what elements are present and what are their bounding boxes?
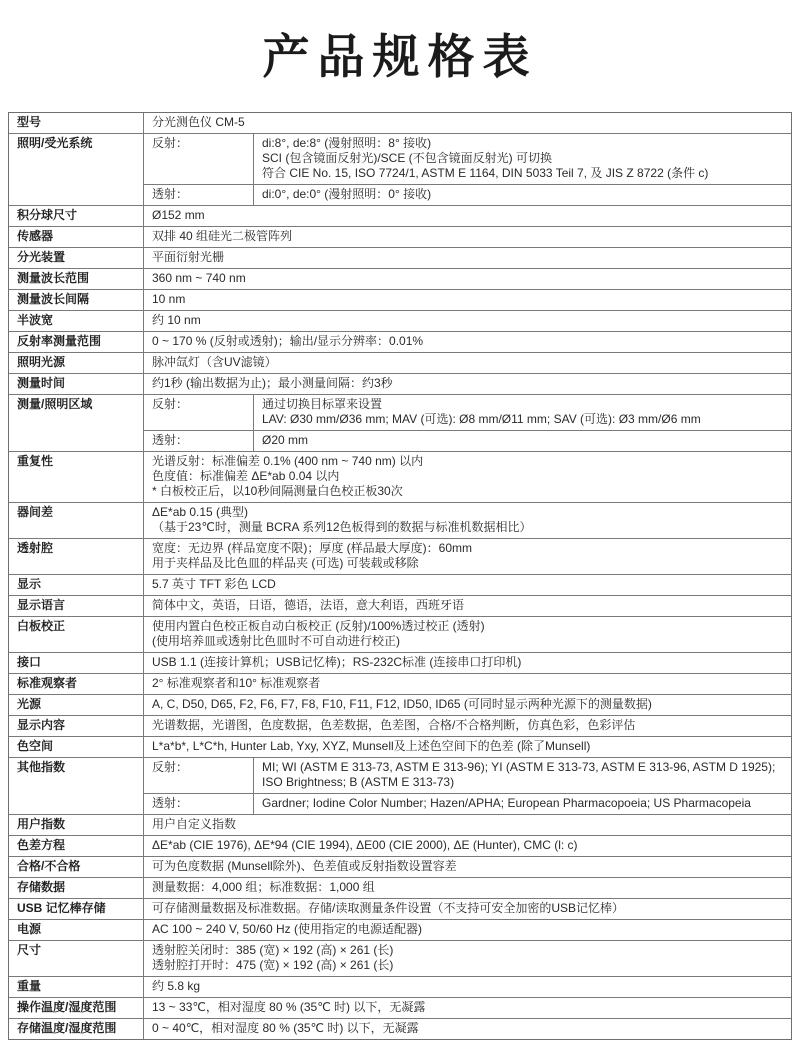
subrow-value: 通过切换目标罩来设置LAV: Ø30 mm/Ø36 mm; MAV (可选): …	[254, 395, 791, 430]
subrow-value: di:0°, de:0° (漫射照明：0° 接收)	[254, 185, 791, 205]
row-value: 2° 标准观察者和10° 标准观察者	[144, 674, 791, 694]
row-label: 测量/照明区域	[9, 395, 144, 451]
value-line: （基于23℃时，测量 BCRA 系列12色板得到的数据与标准机数据相比）	[152, 520, 783, 535]
subrow-group: 反射： di:8°, de:8° (漫射照明：8° 接收)SCI (包含镜面反射…	[144, 134, 791, 205]
table-subrow: 透射： di:0°, de:0° (漫射照明：0° 接收)	[144, 184, 791, 205]
table-subrow: 反射： MI; WI (ASTM E 313-73, ASTM E 313-96…	[144, 758, 791, 793]
value-line: 光谱反射：标准偏差 0.1% (400 nm ~ 740 nm) 以内	[152, 454, 783, 469]
value-line: MI; WI (ASTM E 313-73, ASTM E 313-96); Y…	[262, 760, 783, 775]
table-row: 积分球尺寸 Ø152 mm	[9, 205, 791, 226]
row-value: AC 100 ~ 240 V, 50/60 Hz (使用指定的电源适配器)	[144, 920, 791, 940]
row-value: 脉冲氙灯（含UV滤镜）	[144, 353, 791, 373]
value-line: ISO Brightness; B (ASTM E 313-73)	[262, 775, 783, 790]
row-label: 显示语言	[9, 596, 144, 616]
table-row: 型号 分光测色仪 CM-5	[9, 113, 791, 133]
value-line: * 白板校正后，以10秒间隔测量白色校正板30次	[152, 484, 783, 499]
subrow-label: 透射：	[144, 794, 254, 814]
row-label: USB 记忆棒存储	[9, 899, 144, 919]
row-value: 分光测色仪 CM-5	[144, 113, 791, 133]
row-label: 显示	[9, 575, 144, 595]
row-value: 使用内置白色校正板自动白板校正 (反射)/100%透过校正 (透射)(使用培养皿…	[144, 617, 791, 652]
value-line: Gardner; Iodine Color Number; Hazen/APHA…	[262, 796, 783, 811]
table-row: 传感器 双排 40 组硅光二极管阵列	[9, 226, 791, 247]
subrow-value: Ø20 mm	[254, 431, 791, 451]
table-row: 存储数据 测量数据：4,000 组；标准数据：1,000 组	[9, 877, 791, 898]
row-value: 简体中文，英语，日语，德语，法语，意大利语，西班牙语	[144, 596, 791, 616]
row-label: 存储温度/湿度范围	[9, 1019, 144, 1039]
row-value: 13 ~ 33℃，相对湿度 80 % (35℃ 时) 以下，无凝露	[144, 998, 791, 1018]
subrow-group: 反射： 通过切换目标罩来设置LAV: Ø30 mm/Ø36 mm; MAV (可…	[144, 395, 791, 451]
table-row: 色空间 L*a*b*, L*C*h, Hunter Lab, Yxy, XYZ,…	[9, 736, 791, 757]
row-value: 光谱反射：标准偏差 0.1% (400 nm ~ 740 nm) 以内色度值：标…	[144, 452, 791, 502]
row-label: 合格/不合格	[9, 857, 144, 877]
subrow-value: Gardner; Iodine Color Number; Hazen/APHA…	[254, 794, 791, 814]
value-line: 通过切换目标罩来设置	[262, 397, 783, 412]
row-label: 重复性	[9, 452, 144, 502]
row-value: 约 10 nm	[144, 311, 791, 331]
row-value: 用户自定义指数	[144, 815, 791, 835]
table-row: 半波宽 约 10 nm	[9, 310, 791, 331]
table-row: 其他指数 反射： MI; WI (ASTM E 313-73, ASTM E 3…	[9, 757, 791, 814]
row-label: 其他指数	[9, 758, 144, 814]
row-label: 照明光源	[9, 353, 144, 373]
value-line: ΔE*ab 0.15 (典型)	[152, 505, 783, 520]
row-label: 尺寸	[9, 941, 144, 976]
page-title: 产品规格表	[0, 0, 800, 86]
table-row: 接口 USB 1.1 (连接计算机；USB记忆棒)；RS-232C标准 (连接串…	[9, 652, 791, 673]
table-row: 测量/照明区域 反射： 通过切换目标罩来设置LAV: Ø30 mm/Ø36 mm…	[9, 394, 791, 451]
table-row: 重复性 光谱反射：标准偏差 0.1% (400 nm ~ 740 nm) 以内色…	[9, 451, 791, 502]
subrow-label: 反射：	[144, 134, 254, 184]
row-value: 360 nm ~ 740 nm	[144, 269, 791, 289]
row-value: 透射腔关闭时：385 (宽) × 192 (高) × 261 (长)透射腔打开时…	[144, 941, 791, 976]
row-label: 重量	[9, 977, 144, 997]
row-label: 测量波长范围	[9, 269, 144, 289]
subrow-group: 反射： MI; WI (ASTM E 313-73, ASTM E 313-96…	[144, 758, 791, 814]
row-value: 5.7 英寸 TFT 彩色 LCD	[144, 575, 791, 595]
row-label: 器间差	[9, 503, 144, 538]
value-line: 用于夹样品及比色皿的样品夹 (可选) 可装载或移除	[152, 556, 783, 571]
table-row: 白板校正 使用内置白色校正板自动白板校正 (反射)/100%透过校正 (透射)(…	[9, 616, 791, 652]
row-value: 0 ~ 170 % (反射或透射)；输出/显示分辨率：0.01%	[144, 332, 791, 352]
row-label: 操作温度/湿度范围	[9, 998, 144, 1018]
table-row: 尺寸 透射腔关闭时：385 (宽) × 192 (高) × 261 (长)透射腔…	[9, 940, 791, 976]
table-row: 操作温度/湿度范围 13 ~ 33℃，相对湿度 80 % (35℃ 时) 以下，…	[9, 997, 791, 1018]
table-subrow: 反射： 通过切换目标罩来设置LAV: Ø30 mm/Ø36 mm; MAV (可…	[144, 395, 791, 430]
row-value: ΔE*ab (CIE 1976), ΔE*94 (CIE 1994), ΔE00…	[144, 836, 791, 856]
value-line: 符合 CIE No. 15, ISO 7724/1, ASTM E 1164, …	[262, 166, 783, 181]
table-row: 显示内容 光谱数据，光谱图，色度数据，色差数据，色差图，合格/不合格判断，仿真色…	[9, 715, 791, 736]
row-label: 光源	[9, 695, 144, 715]
value-line: 透射腔打开时：475 (宽) × 192 (高) × 261 (长)	[152, 958, 783, 973]
value-line: LAV: Ø30 mm/Ø36 mm; MAV (可选): Ø8 mm/Ø11 …	[262, 412, 783, 427]
table-row: 存储温度/湿度范围 0 ~ 40℃，相对湿度 80 % (35℃ 时) 以下，无…	[9, 1018, 791, 1039]
spec-sheet-page: 产品规格表 型号 分光测色仪 CM-5 照明/受光系统 反射： di:8°, d…	[0, 0, 800, 1040]
table-row: 色差方程 ΔE*ab (CIE 1976), ΔE*94 (CIE 1994),…	[9, 835, 791, 856]
row-value: 0 ~ 40℃，相对湿度 80 % (35℃ 时) 以下，无凝露	[144, 1019, 791, 1039]
table-row: 照明/受光系统 反射： di:8°, de:8° (漫射照明：8° 接收)SCI…	[9, 133, 791, 205]
row-label: 积分球尺寸	[9, 206, 144, 226]
row-value: ΔE*ab 0.15 (典型)（基于23℃时，测量 BCRA 系列12色板得到的…	[144, 503, 791, 538]
table-row: 测量波长间隔 10 nm	[9, 289, 791, 310]
table-row: 照明光源 脉冲氙灯（含UV滤镜）	[9, 352, 791, 373]
table-row: 用户指数 用户自定义指数	[9, 814, 791, 835]
row-value: USB 1.1 (连接计算机；USB记忆棒)；RS-232C标准 (连接串口打印…	[144, 653, 791, 673]
table-subrow: 反射： di:8°, de:8° (漫射照明：8° 接收)SCI (包含镜面反射…	[144, 134, 791, 184]
row-label: 标准观察者	[9, 674, 144, 694]
table-row: 电源 AC 100 ~ 240 V, 50/60 Hz (使用指定的电源适配器)	[9, 919, 791, 940]
row-label: 色空间	[9, 737, 144, 757]
row-value: 平面衍射光栅	[144, 248, 791, 268]
value-line: 色度值：标准偏差 ΔE*ab 0.04 以内	[152, 469, 783, 484]
table-row: 测量波长范围 360 nm ~ 740 nm	[9, 268, 791, 289]
row-label: 测量波长间隔	[9, 290, 144, 310]
table-row: 标准观察者 2° 标准观察者和10° 标准观察者	[9, 673, 791, 694]
value-line: 使用内置白色校正板自动白板校正 (反射)/100%透过校正 (透射)	[152, 619, 783, 634]
row-value: 双排 40 组硅光二极管阵列	[144, 227, 791, 247]
value-line: SCI (包含镜面反射光)/SCE (不包含镜面反射光) 可切换	[262, 151, 783, 166]
row-label: 分光装置	[9, 248, 144, 268]
row-label: 型号	[9, 113, 144, 133]
row-label: 测量时间	[9, 374, 144, 394]
row-label: 电源	[9, 920, 144, 940]
row-label: 用户指数	[9, 815, 144, 835]
row-label: 接口	[9, 653, 144, 673]
row-label: 白板校正	[9, 617, 144, 652]
row-value: 可为色度数据 (Munsell除外)、色差值或反射指数设置容差	[144, 857, 791, 877]
row-value: 约 5.8 kg	[144, 977, 791, 997]
table-row: 光源 A, C, D50, D65, F2, F6, F7, F8, F10, …	[9, 694, 791, 715]
table-subrow: 透射： Ø20 mm	[144, 430, 791, 451]
table-row: 显示 5.7 英寸 TFT 彩色 LCD	[9, 574, 791, 595]
value-line: 宽度：无边界 (样品宽度不限)；厚度 (样品最大厚度)：60mm	[152, 541, 783, 556]
table-row: 分光装置 平面衍射光栅	[9, 247, 791, 268]
row-value: 测量数据：4,000 组；标准数据：1,000 组	[144, 878, 791, 898]
row-label: 反射率测量范围	[9, 332, 144, 352]
table-row: 器间差 ΔE*ab 0.15 (典型)（基于23℃时，测量 BCRA 系列12色…	[9, 502, 791, 538]
row-label: 透射腔	[9, 539, 144, 574]
subrow-label: 透射：	[144, 185, 254, 205]
subrow-value: MI; WI (ASTM E 313-73, ASTM E 313-96); Y…	[254, 758, 791, 793]
row-label: 传感器	[9, 227, 144, 247]
row-label: 存储数据	[9, 878, 144, 898]
table-row: USB 记忆棒存储 可存储测量数据及标准数据。存储/读取测量条件设置（不支持可安…	[9, 898, 791, 919]
row-value: A, C, D50, D65, F2, F6, F7, F8, F10, F11…	[144, 695, 791, 715]
table-row: 显示语言 简体中文，英语，日语，德语，法语，意大利语，西班牙语	[9, 595, 791, 616]
row-label: 显示内容	[9, 716, 144, 736]
value-line: 透射腔关闭时：385 (宽) × 192 (高) × 261 (长)	[152, 943, 783, 958]
row-value: Ø152 mm	[144, 206, 791, 226]
row-label: 半波宽	[9, 311, 144, 331]
table-row: 透射腔 宽度：无边界 (样品宽度不限)；厚度 (样品最大厚度)：60mm用于夹样…	[9, 538, 791, 574]
row-value: 可存储测量数据及标准数据。存储/读取测量条件设置（不支持可安全加密的USB记忆棒…	[144, 899, 791, 919]
row-label: 色差方程	[9, 836, 144, 856]
table-row: 重量 约 5.8 kg	[9, 976, 791, 997]
subrow-value: di:8°, de:8° (漫射照明：8° 接收)SCI (包含镜面反射光)/S…	[254, 134, 791, 184]
row-value: 宽度：无边界 (样品宽度不限)；厚度 (样品最大厚度)：60mm用于夹样品及比色…	[144, 539, 791, 574]
row-value: L*a*b*, L*C*h, Hunter Lab, Yxy, XYZ, Mun…	[144, 737, 791, 757]
row-value: 光谱数据，光谱图，色度数据，色差数据，色差图，合格/不合格判断，仿真色彩，色彩评…	[144, 716, 791, 736]
row-value: 约1秒 (输出数据为止)；最小测量间隔：约3秒	[144, 374, 791, 394]
subrow-label: 反射：	[144, 758, 254, 793]
row-label: 照明/受光系统	[9, 134, 144, 205]
value-line: di:0°, de:0° (漫射照明：0° 接收)	[262, 187, 783, 202]
subrow-label: 透射：	[144, 431, 254, 451]
subrow-label: 反射：	[144, 395, 254, 430]
spec-table: 型号 分光测色仪 CM-5 照明/受光系统 反射： di:8°, de:8° (…	[8, 112, 792, 1040]
table-row: 反射率测量范围 0 ~ 170 % (反射或透射)；输出/显示分辨率：0.01%	[9, 331, 791, 352]
value-line: (使用培养皿或透射比色皿时不可自动进行校正)	[152, 634, 783, 649]
table-row: 合格/不合格 可为色度数据 (Munsell除外)、色差值或反射指数设置容差	[9, 856, 791, 877]
row-value: 10 nm	[144, 290, 791, 310]
table-row: 测量时间 约1秒 (输出数据为止)；最小测量间隔：约3秒	[9, 373, 791, 394]
table-subrow: 透射： Gardner; Iodine Color Number; Hazen/…	[144, 793, 791, 814]
value-line: di:8°, de:8° (漫射照明：8° 接收)	[262, 136, 783, 151]
value-line: Ø20 mm	[262, 433, 783, 448]
